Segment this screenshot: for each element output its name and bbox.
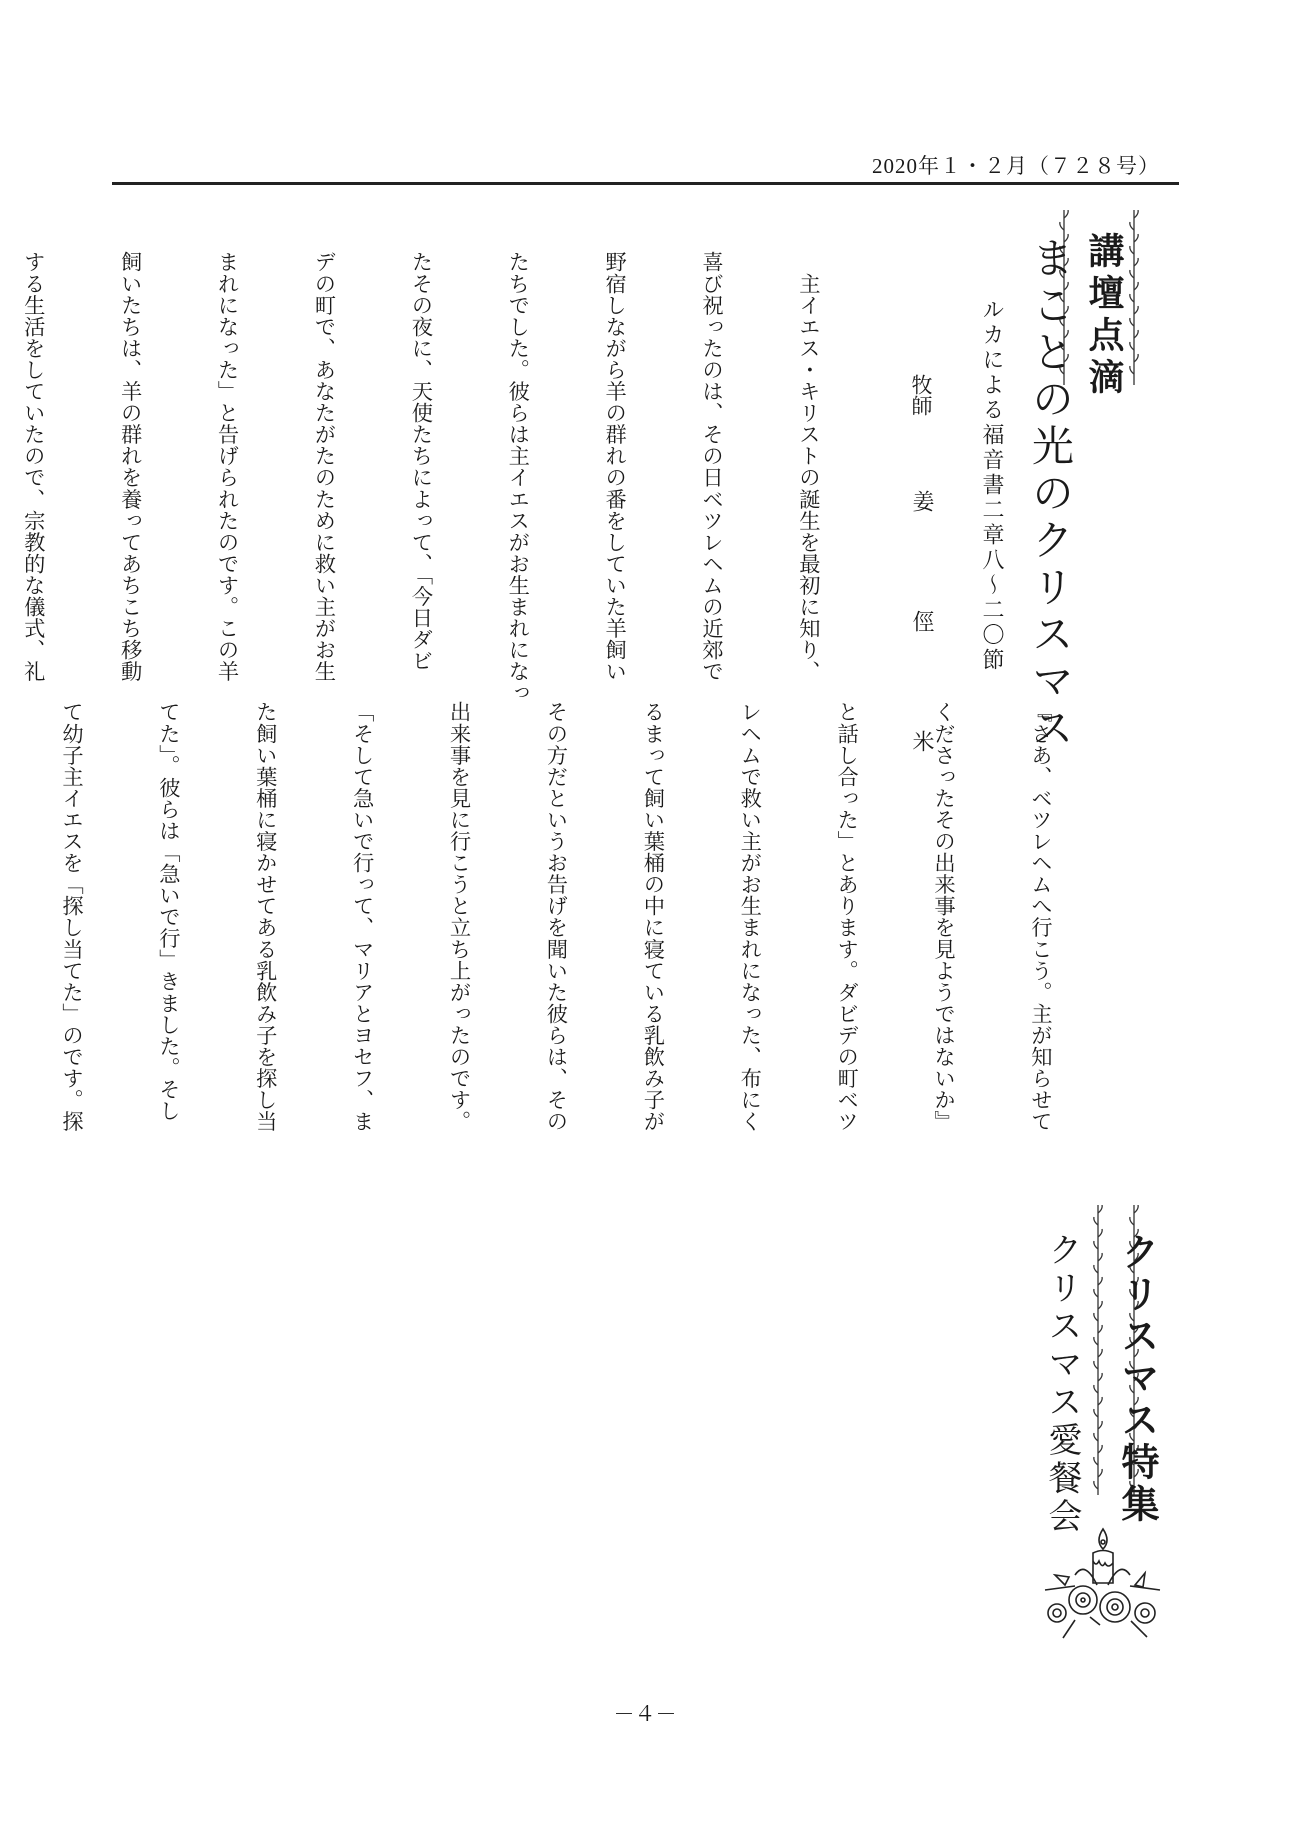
text-line: 喜び祝ったのは、その日ベツレヘムの近郊で bbox=[694, 251, 726, 721]
text-line: まれになった」と告げられたのです。この羊 bbox=[210, 251, 242, 721]
text-line: てた」。彼らは「急いで行」きました。そし bbox=[151, 701, 183, 1171]
sermon-body-lower: 『さあ、ベツレヘムへ行こう。主が知らせて くださったその出来事を見ようではないか… bbox=[0, 701, 1120, 1171]
candle-roses-icon bbox=[1035, 1525, 1170, 1644]
text-line: たちでした。彼らは主イエスがお生まれになっ bbox=[500, 251, 532, 721]
sermon-title: まことの光のクリスマス bbox=[1020, 236, 1080, 753]
text-line: るまって飼い葉桶の中に寝ている乳飲み子が bbox=[636, 701, 668, 1171]
vine-ornament-icon bbox=[1128, 210, 1140, 385]
header-divider bbox=[112, 182, 1179, 185]
text-line: 出来事を見に行こうと立ち上がったのです。 bbox=[442, 701, 474, 1171]
christmas-agape-title: クリスマス愛餐会 bbox=[1038, 1232, 1087, 1536]
text-line: くださったその出来事を見ようではないか』 bbox=[926, 701, 958, 1171]
author-name-2: 俓 bbox=[906, 610, 937, 632]
author-role: 牧師 bbox=[906, 374, 936, 416]
vine-ornament-icon bbox=[1092, 1205, 1104, 1495]
text-line: 主イエス・キリストの誕生を最初に知り、 bbox=[791, 251, 823, 721]
text-line: て幼子主イエスを「探し当てた」のです。探 bbox=[54, 701, 86, 1171]
section-label-christmas: クリスマス特集 bbox=[1110, 1232, 1165, 1526]
section-label-sermon: 講壇点滴 bbox=[1078, 232, 1129, 400]
issue-date: 2020年１・２月（７２８号） bbox=[872, 150, 1160, 180]
page-number: －４－ bbox=[0, 1698, 1290, 1728]
text-line: たその夜に、天使たちによって、「今日ダビ bbox=[404, 251, 436, 721]
text-line: 「そして急いで行って、マリアとヨセフ、ま bbox=[345, 701, 377, 1171]
text-line: する生活をしていたので、宗教的な儀式、礼 bbox=[16, 251, 48, 721]
text-line: その方だというお告げを聞いた彼らは、その bbox=[539, 701, 571, 1171]
author-line: 牧師 姜 俓 米 bbox=[906, 374, 937, 752]
scripture-reference: ルカによる福音書二章八～二〇節 bbox=[976, 298, 1007, 673]
text-line: レヘムで救い主がお生まれになった、布にく bbox=[732, 701, 764, 1171]
text-line: 『さあ、ベツレヘムへ行こう。主が知らせて bbox=[1023, 701, 1055, 1171]
text-line: 飼いたちは、羊の群れを養ってあちこち移動 bbox=[113, 251, 145, 721]
text-line: と話し合った」とあります。ダビデの町ベツ bbox=[829, 701, 861, 1171]
sermon-body-upper: 主イエス・キリストの誕生を最初に知り、 喜び祝ったのは、その日ベツレヘムの近郊で… bbox=[0, 251, 888, 721]
author-name-1: 姜 bbox=[906, 490, 937, 512]
text-line: デの町で、あなたがたのために救い主がお生 bbox=[307, 251, 339, 721]
text-line: 野宿しながら羊の群れの番をしていた羊飼い bbox=[597, 251, 629, 721]
text-line: た飼い葉桶に寝かせてある乳飲み子を探し当 bbox=[248, 701, 280, 1171]
